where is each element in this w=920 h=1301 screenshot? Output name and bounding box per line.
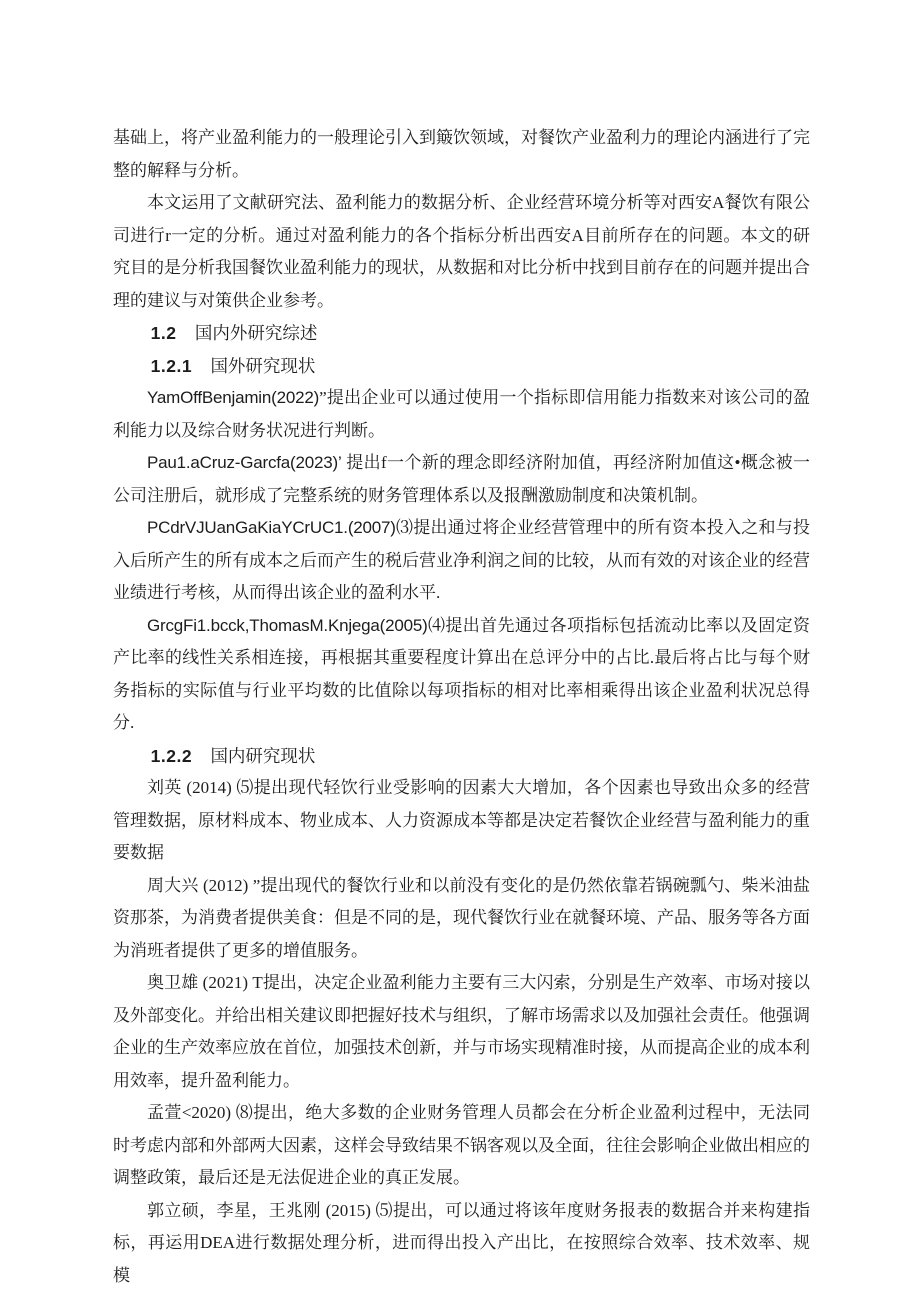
section-number: 1.2 bbox=[151, 323, 177, 343]
paragraph-text: 本文运用了文献研究法、盈利能力的数据分析、企业经营环境分析等对西安A餐饮有限公司… bbox=[113, 193, 810, 310]
paragraph-text: 奥卫雄 (2021) T提出，决定企业盈利能力主要有三大闪索，分别是生产效率、市… bbox=[113, 973, 810, 1090]
document-page: 基础上，将产业盈利能力的一般理论引入到簸饮领域，对餐饮产业盈利力的理论内涵进行了… bbox=[0, 0, 920, 1301]
paragraph: 刘英 (2014) ⑸提出现代轻饮行业受影响的因素大大增加，各个因素也导致出众多… bbox=[113, 772, 810, 870]
citation-author: Pau1.aCruz-Garcfa(2023)’ bbox=[147, 453, 342, 472]
paragraph: PCdrVJUanGaKiaYCrUC1.(2007)⑶提出通过将企业经营管理中… bbox=[113, 512, 810, 610]
citation-author: PCdrVJUanGaKiaYCrUC1.(2007) bbox=[147, 518, 396, 537]
paragraph: 奥卫雄 (2021) T提出，决定企业盈利能力主要有三大闪索，分别是生产效率、市… bbox=[113, 967, 810, 1097]
subsection-heading: 1.2.2国内研究现状 bbox=[113, 740, 810, 773]
subsection-number: 1.2.1 bbox=[151, 356, 192, 376]
paragraph-text: 基础上，将产业盈利能力的一般理论引入到簸饮领域，对餐饮产业盈利力的理论内涵进行了… bbox=[113, 128, 810, 180]
subsection-number: 1.2.2 bbox=[151, 746, 192, 766]
paragraph: 孟萱<2020) ⑻提出，绝大多数的企业财务管理人员都会在分析企业盈利过程中，无… bbox=[113, 1097, 810, 1195]
paragraph-text: 郭立硕，李星，王兆刚 (2015) ⑸提出，可以通过将该年度财务报表的数据合并来… bbox=[113, 1201, 810, 1285]
paragraph-text: 孟萱<2020) ⑻提出，绝大多数的企业财务管理人员都会在分析企业盈利过程中，无… bbox=[113, 1103, 810, 1187]
subsection-heading: 1.2.1国外研究现状 bbox=[113, 350, 810, 383]
citation-author: GrcgFi1.bcck,ThomasM.Knjega(2005) bbox=[147, 616, 428, 635]
subsection-title: 国内研究现状 bbox=[210, 746, 315, 766]
citation-author: YamOffBenjamin(2022) bbox=[147, 388, 319, 407]
paragraph: 周大兴 (2012) ”提出现代的餐饮行业和以前没有变化的是仍然依靠若锅碗瓢勺、… bbox=[113, 870, 810, 968]
paragraph: YamOffBenjamin(2022)”提出企业可以通过使用一个指标即信用能力… bbox=[113, 382, 810, 447]
section-title: 国内外研究综述 bbox=[195, 323, 318, 343]
paragraph: 基础上，将产业盈利能力的一般理论引入到簸饮领域，对餐饮产业盈利力的理论内涵进行了… bbox=[113, 122, 810, 187]
paragraph: 郭立硕，李星，王兆刚 (2015) ⑸提出，可以通过将该年度财务报表的数据合并来… bbox=[113, 1195, 810, 1293]
paragraph: 本文运用了文献研究法、盈利能力的数据分析、企业经营环境分析等对西安A餐饮有限公司… bbox=[113, 187, 810, 317]
paragraph: GrcgFi1.bcck,ThomasM.Knjega(2005)⑷提出首先通过… bbox=[113, 610, 810, 740]
paragraph: Pau1.aCruz-Garcfa(2023)’ 提出f一个新的理念即经济附加值… bbox=[113, 447, 810, 512]
paragraph-text: 周大兴 (2012) ”提出现代的餐饮行业和以前没有变化的是仍然依靠若锅碗瓢勺、… bbox=[113, 876, 810, 960]
section-heading: 1.2国内外研究综述 bbox=[113, 317, 810, 350]
subsection-title: 国外研究现状 bbox=[210, 356, 315, 376]
paragraph-text: 刘英 (2014) ⑸提出现代轻饮行业受影响的因素大大增加，各个因素也导致出众多… bbox=[113, 778, 810, 862]
document-body: 基础上，将产业盈利能力的一般理论引入到簸饮领域，对餐饮产业盈利力的理论内涵进行了… bbox=[113, 122, 810, 1292]
